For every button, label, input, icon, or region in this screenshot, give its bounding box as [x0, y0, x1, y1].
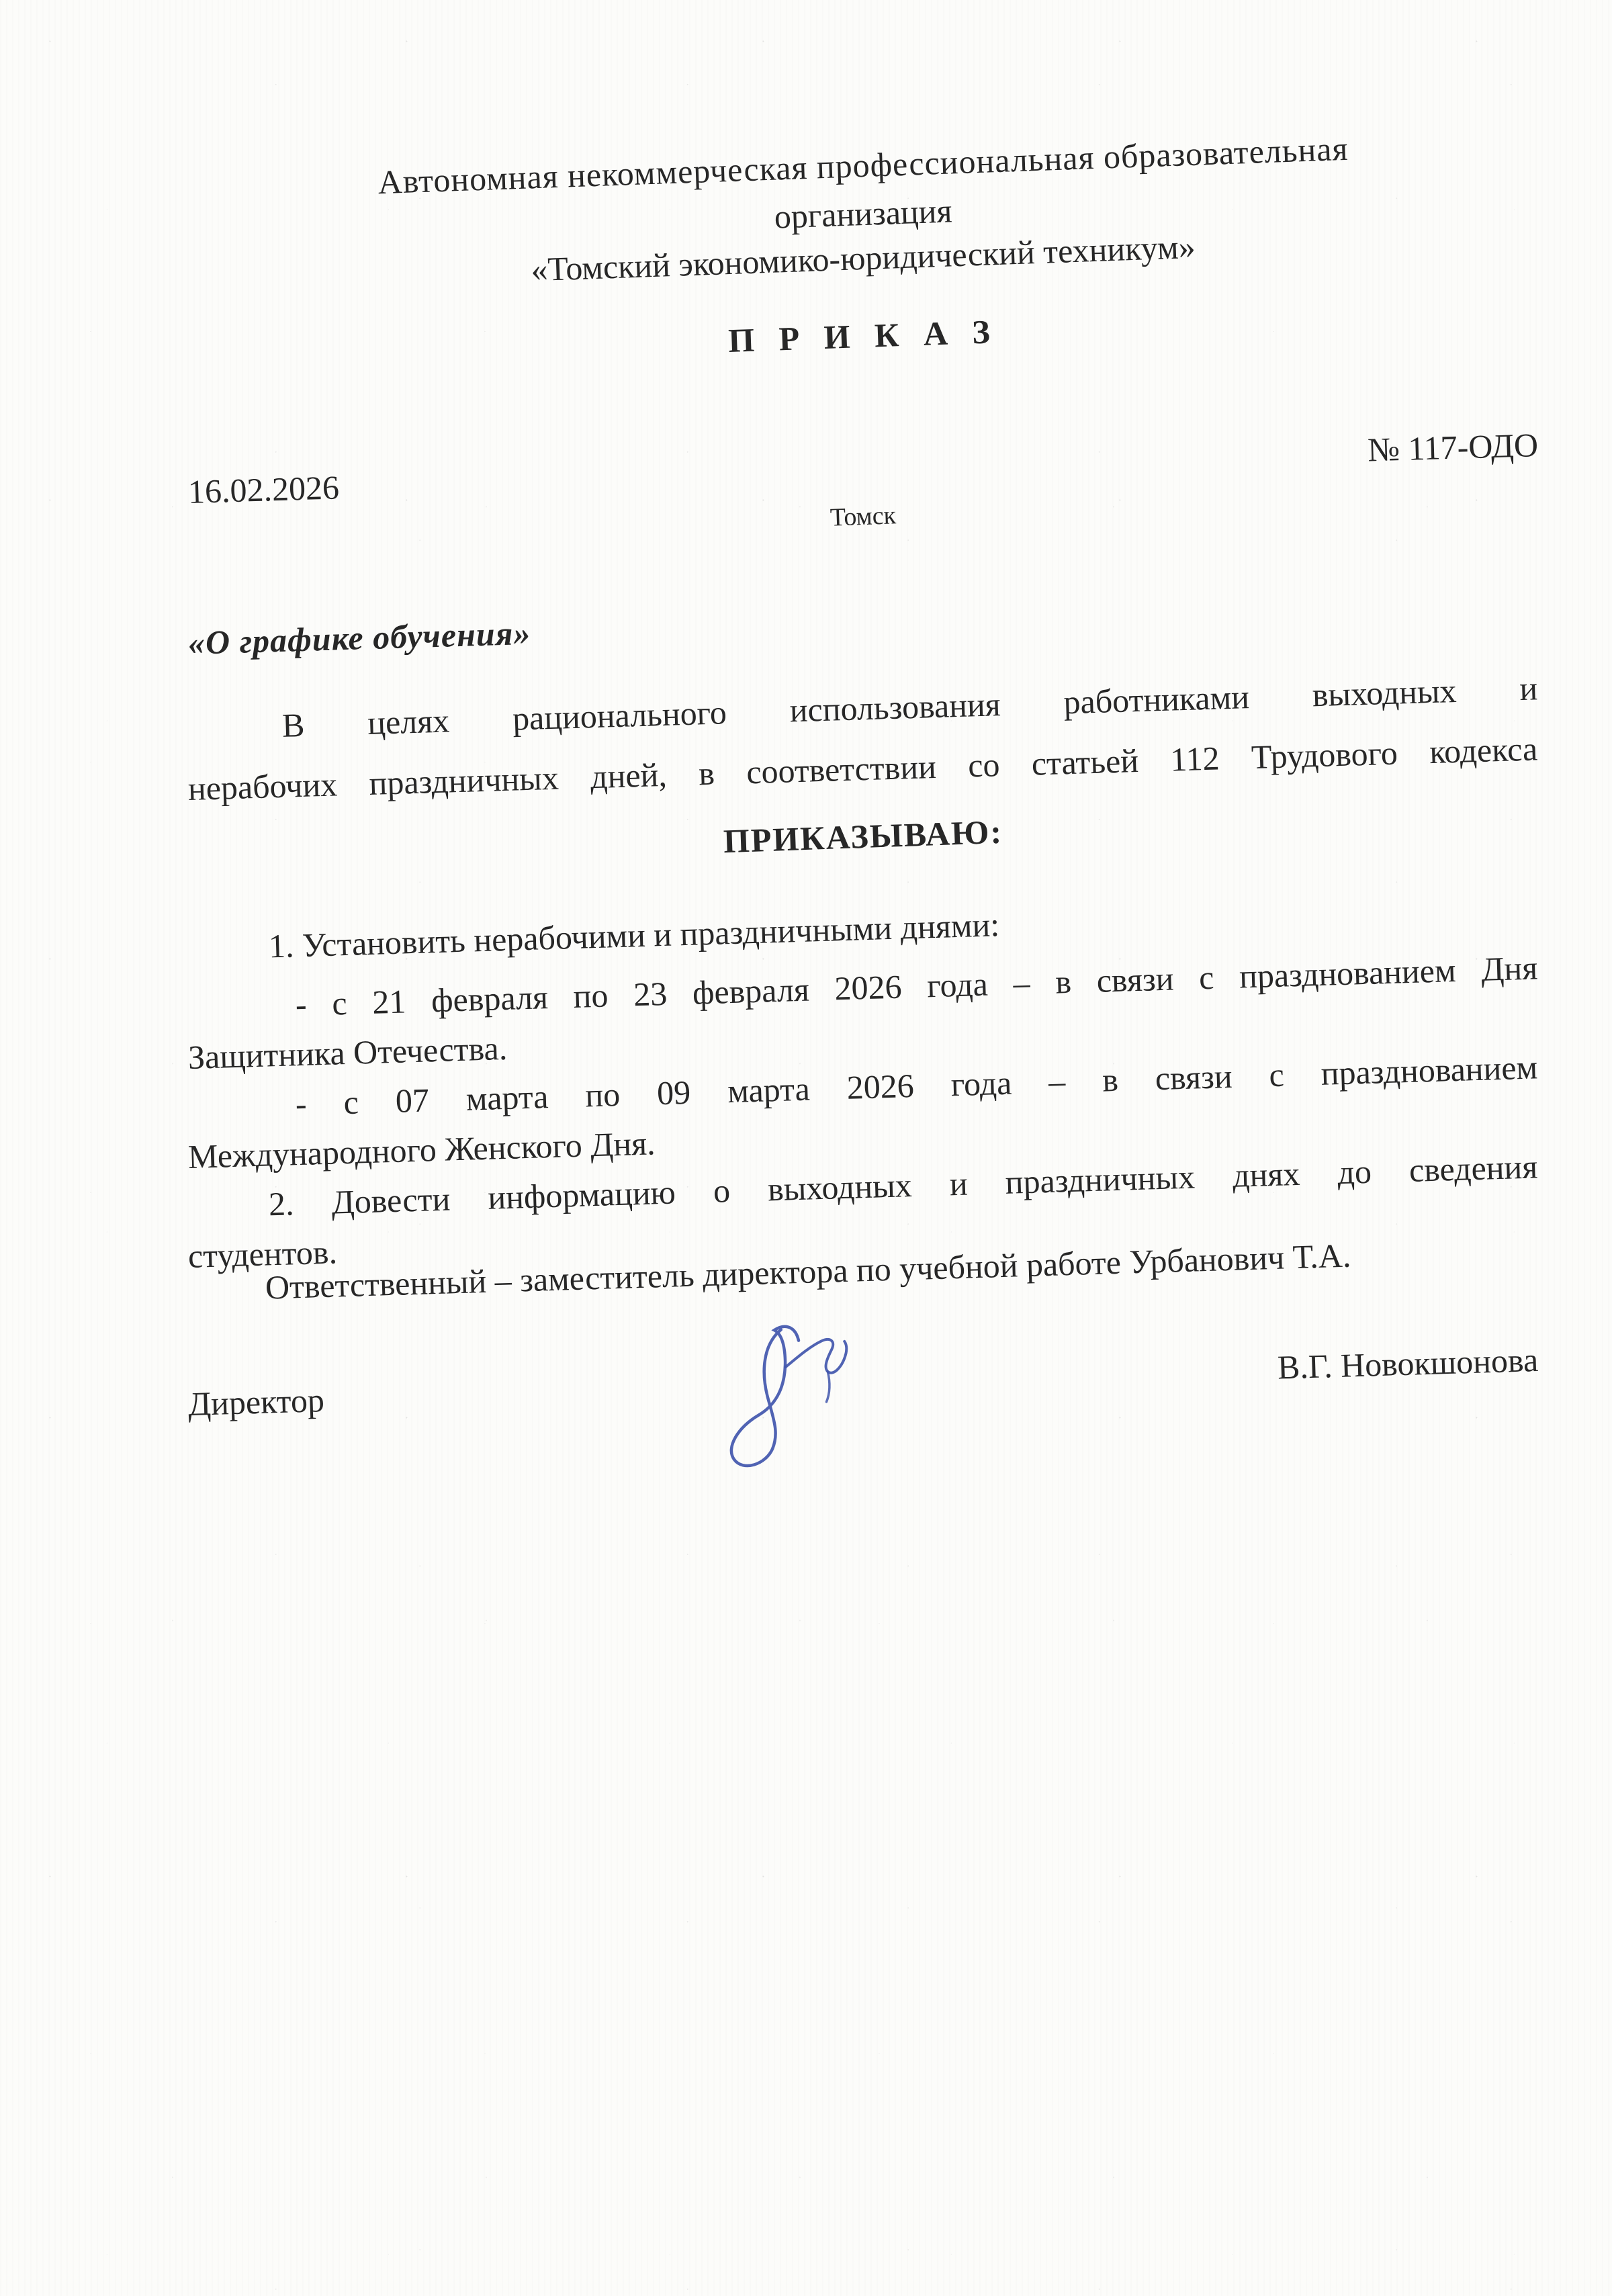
resolution-word: ПРИКАЗЫВАЮ: [187, 791, 1538, 881]
order-subject: «О графике обучения» [187, 581, 1538, 664]
scanned-page: Автономная некоммерческая профессиональн… [0, 0, 1612, 2296]
doc-type-title: П Р И К А З [187, 291, 1538, 381]
